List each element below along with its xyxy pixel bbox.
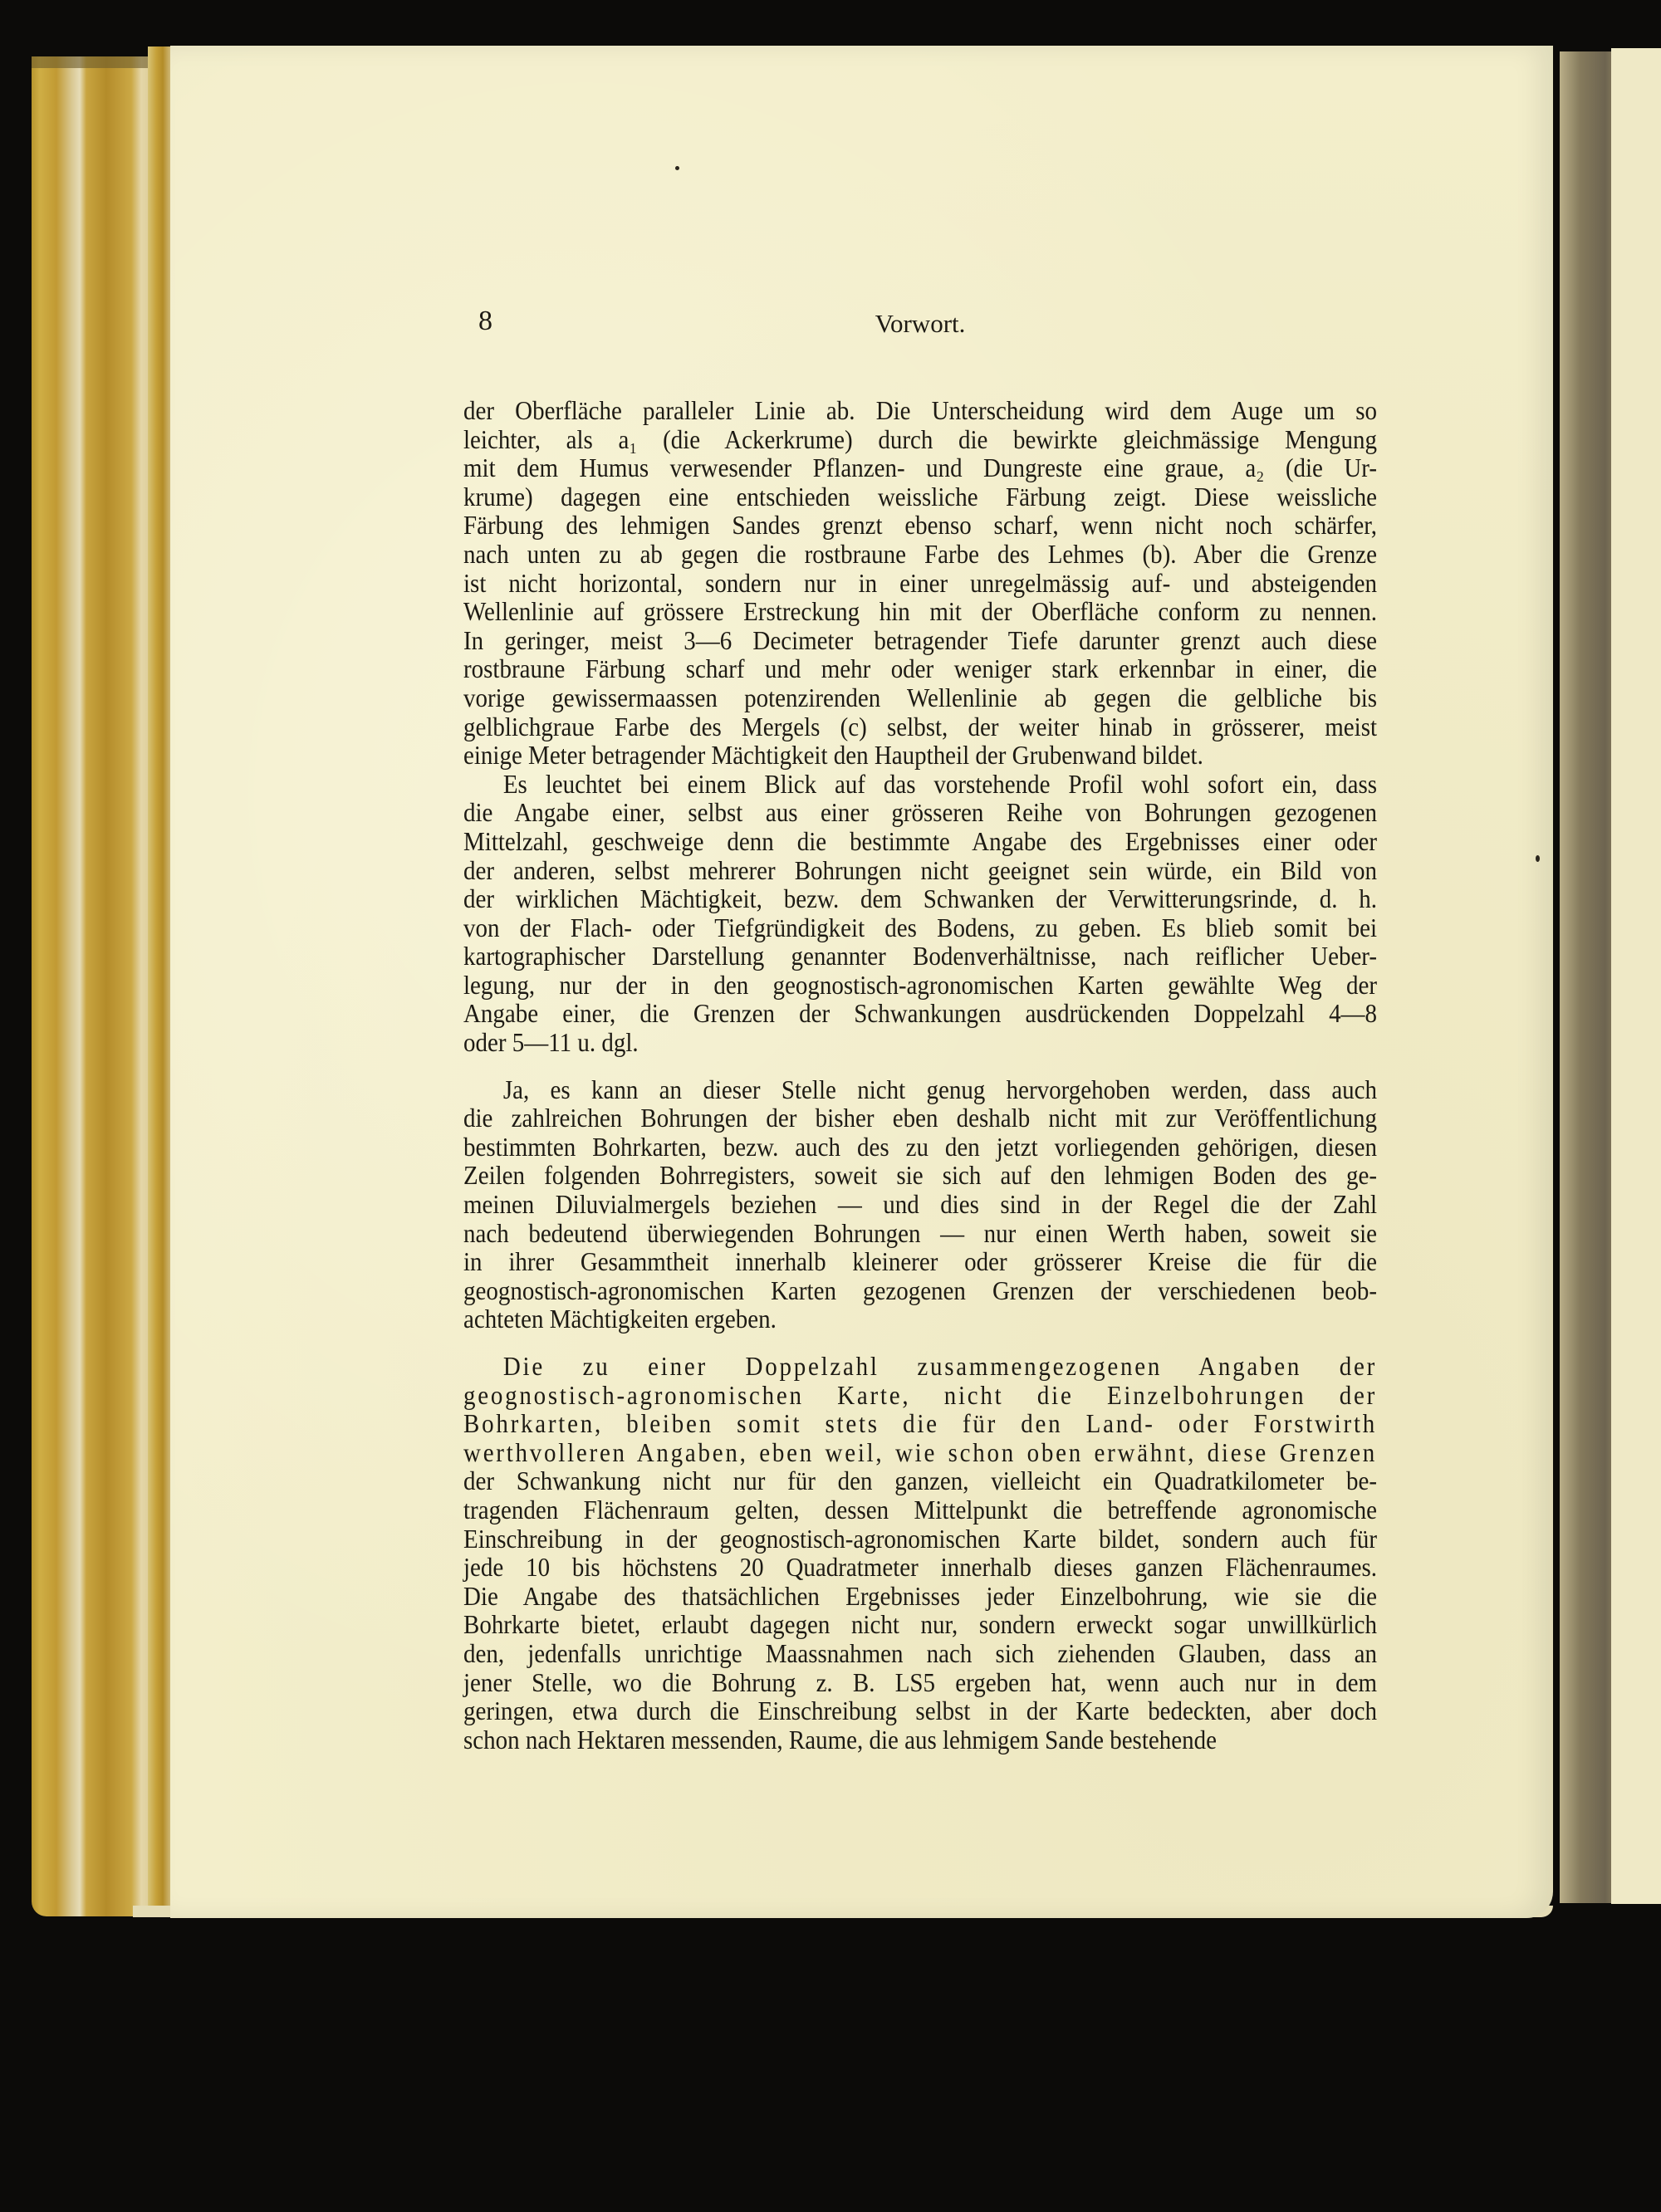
facing-page-edge — [1611, 48, 1661, 1904]
text-line: der Schwankung nicht nur für den ganzen,… — [463, 1467, 1377, 1496]
text-line: jede 10 bis höchstens 20 Quadratmeter in… — [463, 1554, 1377, 1583]
text-line: einige Meter betragender Mächtigkeit den… — [463, 741, 1377, 771]
text-line: rostbraune Färbung scharf und mehr oder … — [463, 655, 1377, 684]
text-line: ist nicht horizontal, sondern nur in ein… — [463, 570, 1377, 599]
paragraph: Die zu einer Doppelzahl zusammengezogene… — [463, 1353, 1377, 1754]
text-line: der anderen, selbst mehrerer Bohrungen n… — [463, 857, 1377, 886]
text-block: 8 Vorwort. der Oberfläche paralleler Lin… — [463, 306, 1377, 1754]
text-line: Einschreibung in der geognostisch-agrono… — [463, 1525, 1377, 1554]
text-line: die zahlreichen Bohrungen der bisher ebe… — [463, 1104, 1377, 1133]
paragraph-gap — [463, 1334, 1377, 1353]
page-gutter-shadow — [1560, 51, 1611, 1903]
text-line: Es leuchtet bei einem Blick auf das vors… — [463, 771, 1377, 800]
text-line: werthvolleren Angaben, eben weil, wie sc… — [463, 1439, 1377, 1468]
text-line: meinen Diluvialmergels beziehen — und di… — [463, 1191, 1377, 1220]
paper-speck — [675, 166, 679, 170]
text-line: legung, nur der in den geognostisch-agro… — [463, 971, 1377, 1001]
text-line: der wirklichen Mächtigkeit, bezw. dem Sc… — [463, 885, 1377, 914]
text-line: leichter, als a₁ (die Ackerkrume) durch … — [463, 426, 1377, 455]
text-line: Die zu einer Doppelzahl zusammengezogene… — [463, 1353, 1377, 1382]
paragraph: Es leuchtet bei einem Blick auf das vors… — [463, 771, 1377, 1058]
text-line: den, jedenfalls unrichtige Maassnahmen n… — [463, 1640, 1377, 1669]
text-line: von der Flach- oder Tiefgründigkeit des … — [463, 914, 1377, 943]
paragraph-gap — [463, 1058, 1377, 1076]
text-line: achteten Mächtigkeiten ergeben. — [463, 1305, 1377, 1334]
text-line: geognostisch-agronomischen Karte, nicht … — [463, 1382, 1377, 1411]
text-line: Bohrkarten, bleiben somit stets die für … — [463, 1410, 1377, 1439]
text-line: oder 5—11 u. dgl. — [463, 1029, 1377, 1058]
text-line: schon nach Hektaren messenden, Raume, di… — [463, 1726, 1377, 1755]
paper-speck — [1536, 855, 1540, 862]
paragraph: der Oberfläche paralleler Linie ab. Die … — [463, 397, 1377, 771]
text-line: In geringer, meist 3—6 Decimeter betrage… — [463, 627, 1377, 656]
text-line: geringen, etwa durch die Einschreibung s… — [463, 1697, 1377, 1726]
text-line: Mittelzahl, geschweige denn die bestimmt… — [463, 828, 1377, 857]
text-line: kartographischer Darstellung genannter B… — [463, 942, 1377, 971]
book-page-stack — [148, 46, 173, 1913]
text-line: jener Stelle, wo die Bohrung z. B. LS5 e… — [463, 1669, 1377, 1698]
text-line: gelblichgraue Farbe des Mergels (c) selb… — [463, 713, 1377, 742]
text-line: nach unten zu ab gegen die rostbraune Fa… — [463, 541, 1377, 570]
text-line: in ihrer Gesammtheit innerhalb kleinerer… — [463, 1248, 1377, 1277]
text-line: Die Angabe des thatsächlichen Ergebnisse… — [463, 1583, 1377, 1612]
text-line: Angabe einer, die Grenzen der Schwankung… — [463, 1000, 1377, 1029]
text-line: mit dem Humus verwesender Pflanzen- und … — [463, 454, 1377, 483]
text-line: Wellenlinie auf grössere Erstreckung hin… — [463, 598, 1377, 627]
text-line: geognostisch-agronomischen Karten gezoge… — [463, 1277, 1377, 1306]
text-line: krume) dagegen eine entschieden weisslic… — [463, 483, 1377, 512]
text-line: tragenden Flächenraum gelten, dessen Mit… — [463, 1496, 1377, 1525]
text-line: nach bedeutend überwiegenden Bohrungen —… — [463, 1220, 1377, 1249]
text-line: Färbung des lehmigen Sandes grenzt ebens… — [463, 511, 1377, 541]
text-line: bestimmten Bohrkarten, bezw. auch des zu… — [463, 1133, 1377, 1162]
text-line: der Oberfläche paralleler Linie ab. Die … — [463, 397, 1377, 426]
paragraph: Ja, es kann an dieser Stelle nicht genug… — [463, 1076, 1377, 1334]
running-head: 8 Vorwort. — [463, 306, 1377, 355]
text-line: Zeilen folgenden Bohrregisters, soweit s… — [463, 1162, 1377, 1191]
body-text: der Oberfläche paralleler Linie ab. Die … — [463, 397, 1377, 1754]
text-line: Bohrkarte bietet, erlaubt dagegen nicht … — [463, 1611, 1377, 1640]
book-fore-edge — [32, 56, 156, 1916]
running-head-title: Vorwort. — [463, 309, 1377, 339]
text-line: die Angabe einer, selbst aus einer gröss… — [463, 799, 1377, 828]
text-line: vorige gewissermaassen potenzirenden Wel… — [463, 684, 1377, 713]
text-line: Ja, es kann an dieser Stelle nicht genug… — [463, 1076, 1377, 1105]
